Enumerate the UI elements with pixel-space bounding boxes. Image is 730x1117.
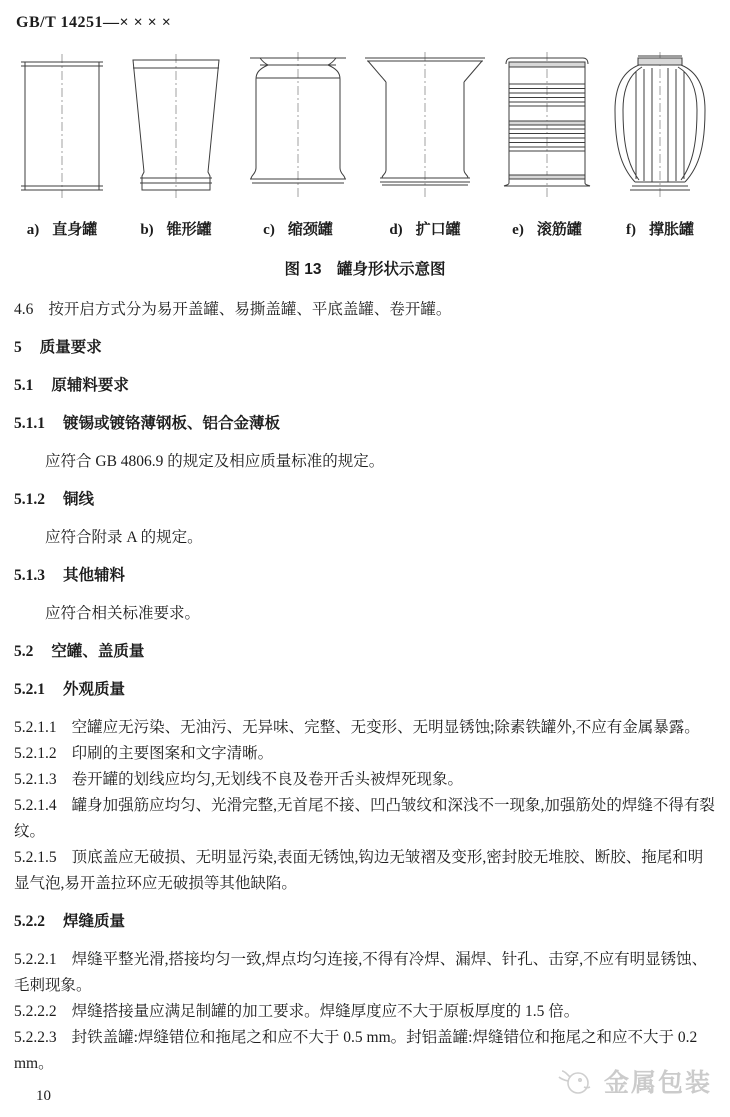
watermark: 金属包装: [556, 1063, 712, 1099]
page-number: 10: [36, 1088, 51, 1105]
watermark-text: 金属包装: [604, 1063, 712, 1099]
clause-number: 5.1: [14, 373, 33, 399]
clause-5-2-1-2: 5.2.1.2印刷的主要图案和文字清晰。: [14, 741, 716, 767]
clause-5-1-heading: 5.1原辅料要求: [14, 373, 716, 399]
clause-number: 5: [14, 335, 22, 361]
clause-text: 外观质量: [63, 681, 125, 698]
can-label: d)扩口罐: [389, 218, 460, 239]
clause-text: 焊缝平整光滑,搭接均匀一致,焊点均匀连接,不得有冷焊、漏焊、针孔、击穿,不应有明…: [14, 951, 707, 994]
clause-text: 罐身加强筋应均匀、光滑完整,无首尾不接、凹凸皱纹和深浅不一现象,加强筋处的焊缝不…: [14, 797, 715, 840]
figure-caption: 图 13 罐身形状示意图: [14, 257, 716, 279]
clause-text: 空罐、盖质量: [51, 643, 144, 660]
clause-text: 应符合附录 A 的规定。: [45, 529, 203, 546]
clause-4-6: 4.6按开启方式分为易开盖罐、易撕盖罐、平底盖罐、卷开罐。: [14, 297, 716, 323]
clause-5-1-1-heading: 5.1.1镀锡或镀铬薄钢板、铝合金薄板: [14, 411, 716, 437]
clause-number: 5.2.2.3: [14, 1025, 57, 1051]
clause-number: 5.2.1.5: [14, 845, 57, 871]
clause-number: 5.2.1.3: [14, 767, 57, 793]
clause-5-2-1-3: 5.2.1.3卷开罐的划线应均匀,无划线不良及卷开舌头被焊死现象。: [14, 767, 716, 793]
clause-text: 印刷的主要图案和文字清晰。: [72, 745, 274, 762]
can-label: f)撑胀罐: [626, 218, 694, 239]
can-label-text: 锥形罐: [167, 221, 212, 238]
can-figure-d: d)扩口罐: [364, 52, 486, 239]
clause-number: 5.2.1: [14, 677, 45, 703]
expanded-can-icon: [608, 52, 712, 202]
standard-number: GB/T 14251—× × × ×: [16, 14, 716, 32]
clause-5-2-1-1: 5.2.1.1空罐应无污染、无油污、无异味、完整、无变形、无明显锈蚀;除素铁罐外…: [14, 715, 716, 741]
clause-number: 5.2.2.1: [14, 947, 57, 973]
clause-number: 5.2.2.2: [14, 999, 57, 1025]
clauses-body: 4.6按开启方式分为易开盖罐、易撕盖罐、平底盖罐、卷开罐。 5质量要求 5.1原…: [14, 297, 716, 1077]
clause-5-2-heading: 5.2空罐、盖质量: [14, 639, 716, 665]
can-label-text: 滚筋罐: [537, 221, 582, 238]
clause-text: 镀锡或镀铬薄钢板、铝合金薄板: [63, 415, 280, 432]
clause-text: 空罐应无污染、无油污、无异味、完整、无变形、无明显锈蚀;除素铁罐外,不应有金属暴…: [72, 719, 700, 736]
conical-can-icon: [120, 52, 232, 202]
clause-number: 5.1.2: [14, 487, 45, 513]
necked-in-can-icon: [246, 52, 350, 202]
straight-body-can-icon: [18, 52, 106, 202]
can-shapes-figure: a)直身罐 b)锥形罐: [14, 52, 716, 239]
can-figure-b: b)锥形罐: [120, 52, 232, 239]
can-label: b)锥形罐: [140, 218, 211, 239]
clause-5-2-1-4: 5.2.1.4罐身加强筋应均匀、光滑完整,无首尾不接、凹凸皱纹和深浅不一现象,加…: [14, 793, 716, 845]
can-label-key: b): [140, 222, 153, 238]
clause-5-2-2-1: 5.2.2.1焊缝平整光滑,搭接均匀一致,焊点均匀连接,不得有冷焊、漏焊、针孔、…: [14, 947, 716, 999]
clause-number: 5.2.1.1: [14, 715, 57, 741]
can-label-key: c): [263, 222, 275, 238]
can-figure-c: c)缩颈罐: [246, 52, 350, 239]
clause-5-1-3-body: 应符合相关标准要求。: [14, 601, 716, 627]
clause-text: 应符合 GB 4806.9 的规定及相应质量标准的规定。: [45, 453, 384, 470]
clause-number: 5.2: [14, 639, 33, 665]
clause-number: 5.1.3: [14, 563, 45, 589]
clause-5-2-2-heading: 5.2.2焊缝质量: [14, 909, 716, 935]
document-page: GB/T 14251—× × × × a)直身罐: [0, 0, 730, 1117]
can-label-key: f): [626, 222, 636, 238]
can-label-text: 缩颈罐: [288, 221, 333, 238]
clause-text: 铜线: [63, 491, 94, 508]
clause-text: 焊缝质量: [63, 913, 125, 930]
clause-text: 卷开罐的划线应均匀,无划线不良及卷开舌头被焊死现象。: [72, 771, 463, 788]
clause-5-2-1-5: 5.2.1.5顶底盖应无破损、无明显污染,表面无锈蚀,钩边无皱褶及变形,密封胶无…: [14, 845, 716, 897]
clause-5-1-2-heading: 5.1.2铜线: [14, 487, 716, 513]
clause-5-1-2-body: 应符合附录 A 的规定。: [14, 525, 716, 551]
can-label-text: 撑胀罐: [649, 221, 694, 238]
can-label-text: 扩口罐: [416, 221, 461, 238]
clause-5-1-1-body: 应符合 GB 4806.9 的规定及相应质量标准的规定。: [14, 449, 716, 475]
clause-text: 顶底盖应无破损、无明显污染,表面无锈蚀,钩边无皱褶及变形,密封胶无堆胶、断胶、拖…: [14, 849, 703, 892]
clause-text: 其他辅料: [63, 567, 125, 584]
flared-can-icon: [364, 52, 486, 202]
clause-number: 5.1.1: [14, 411, 45, 437]
can-label-key: d): [389, 222, 402, 238]
clause-5-2-2-2: 5.2.2.2焊缝搭接量应满足制罐的加工要求。焊缝厚度应不大于原板厚度的 1.5…: [14, 999, 716, 1025]
can-figure-a: a)直身罐: [18, 52, 106, 239]
watermark-logo-icon: [556, 1065, 596, 1097]
can-figure-e: e)滚筋罐: [500, 52, 594, 239]
clause-number: 5.2.1.2: [14, 741, 57, 767]
can-label-key: e): [512, 222, 524, 238]
can-figure-f: f)撑胀罐: [608, 52, 712, 239]
clause-text: 应符合相关标准要求。: [45, 605, 200, 622]
can-label-key: a): [27, 222, 40, 238]
clause-5-1-3-heading: 5.1.3其他辅料: [14, 563, 716, 589]
clause-text: 焊缝搭接量应满足制罐的加工要求。焊缝厚度应不大于原板厚度的 1.5 倍。: [72, 1003, 580, 1020]
clause-text: 原辅料要求: [51, 377, 129, 394]
clause-number: 4.6: [14, 297, 33, 323]
beaded-can-icon: [500, 52, 594, 202]
can-label: c)缩颈罐: [263, 218, 333, 239]
clause-number: 5.2.2: [14, 909, 45, 935]
clause-text: 按开启方式分为易开盖罐、易撕盖罐、平底盖罐、卷开罐。: [48, 301, 451, 318]
can-label: a)直身罐: [27, 218, 98, 239]
clause-5-2-1-heading: 5.2.1外观质量: [14, 677, 716, 703]
clause-5-heading: 5质量要求: [14, 335, 716, 361]
can-label: e)滚筋罐: [512, 218, 582, 239]
clause-text: 质量要求: [40, 339, 102, 356]
can-label-text: 直身罐: [52, 221, 97, 238]
clause-number: 5.2.1.4: [14, 793, 57, 819]
